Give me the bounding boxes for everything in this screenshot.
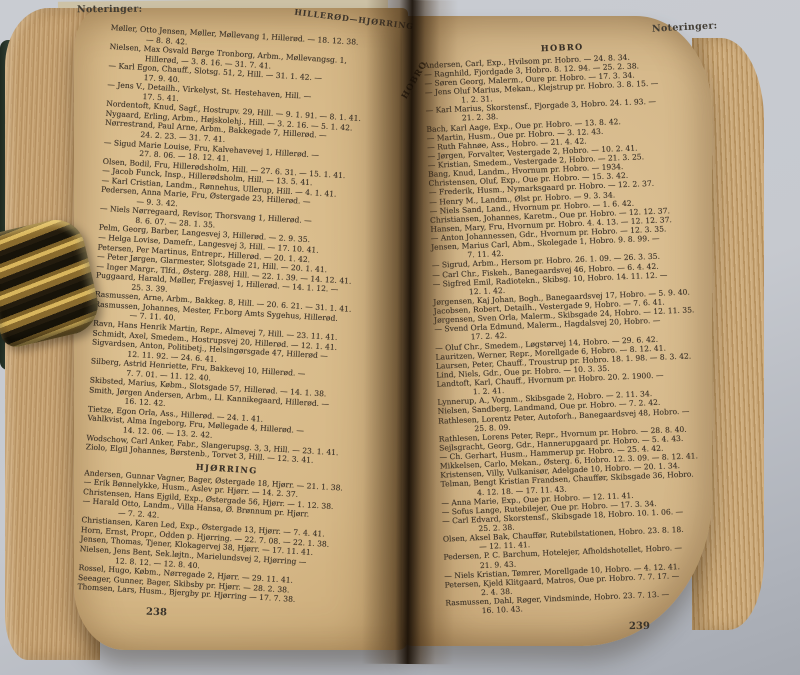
left-page-text-column: Møller, Otto Jensen, Møller, Møllevang 1… bbox=[77, 23, 394, 609]
noteringer-label-left: Noteringer: bbox=[77, 4, 143, 16]
noteringer-label-right: Noteringer: bbox=[652, 20, 718, 34]
page-number-left: 238 bbox=[146, 607, 167, 619]
page-number-right: 239 bbox=[629, 621, 650, 632]
open-book-photo: Noteringer: Noteringer: HILLERØD—HJØRRIN… bbox=[0, 0, 800, 675]
right-page-text-column: HOBROAndersen, Carl, Exp., Hvilsom pr. H… bbox=[423, 34, 724, 617]
